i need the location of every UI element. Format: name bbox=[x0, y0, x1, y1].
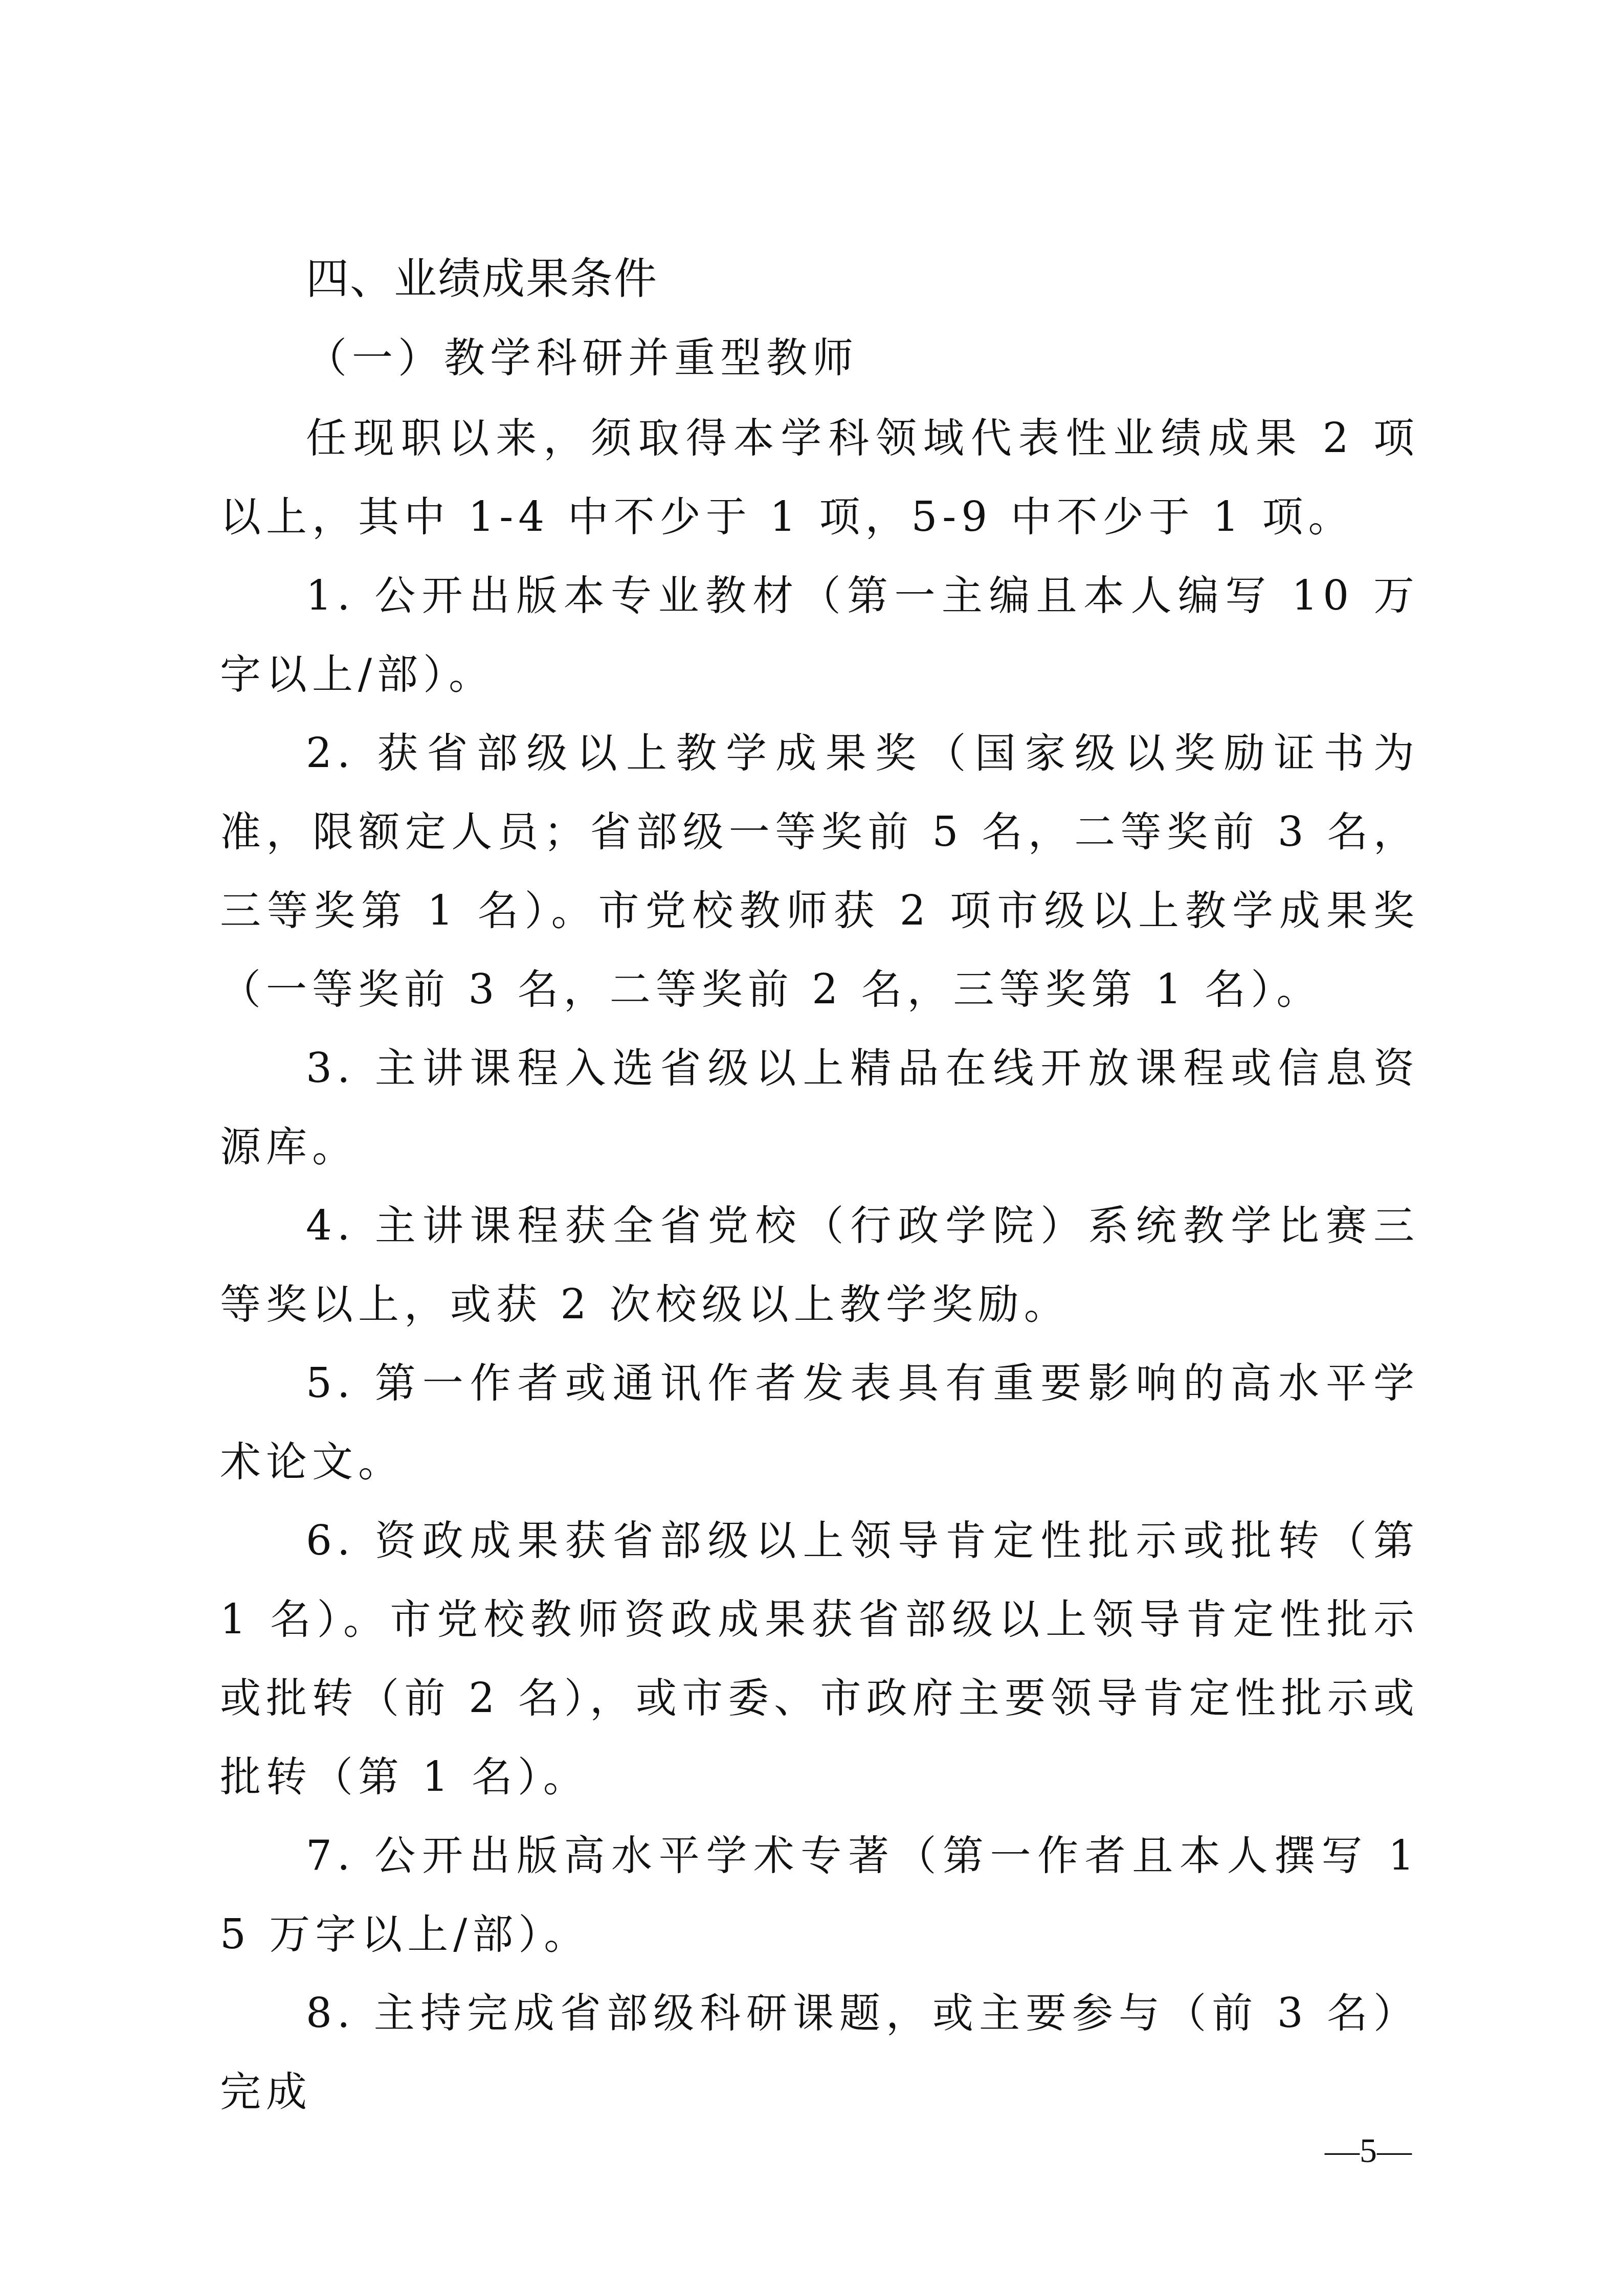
list-item-4: 4. 主讲课程获全省党校（行政学院）系统教学比赛三等奖以上，或获 2 次校级以上… bbox=[220, 1186, 1419, 1344]
list-item-2: 2. 获省部级以上教学成果奖（国家级以奖励证书为准，限额定人员；省部级一等奖前 … bbox=[220, 714, 1419, 1029]
list-item-3: 3. 主讲课程入选省级以上精品在线开放课程或信息资源库。 bbox=[220, 1029, 1419, 1186]
page-number: —5— bbox=[1325, 2127, 1412, 2173]
list-item-7: 7. 公开出版高水平学术专著（第一作者且本人撰写 15 万字以上/部）。 bbox=[220, 1816, 1419, 1974]
list-item-5: 5. 第一作者或通讯作者发表具有重要影响的高水平学术论文。 bbox=[220, 1344, 1419, 1501]
subsection-heading: （一）教学科研并重型教师 bbox=[220, 317, 1419, 399]
section-heading: 四、业绩成果条件 bbox=[220, 240, 1419, 317]
intro-paragraph: 任现职以来，须取得本学科领域代表性业绩成果 2 项以上，其中 1-4 中不少于 … bbox=[220, 399, 1419, 556]
document-page: 四、业绩成果条件 （一）教学科研并重型教师 任现职以来，须取得本学科领域代表性业… bbox=[220, 240, 1419, 2131]
list-item-1: 1. 公开出版本专业教材（第一主编且本人编写 10 万字以上/部）。 bbox=[220, 556, 1419, 714]
list-item-6: 6. 资政成果获省部级以上领导肯定性批示或批转（第 1 名）。市党校教师资政成果… bbox=[220, 1501, 1419, 1816]
list-item-8: 8. 主持完成省部级科研课题，或主要参与（前 3 名）完成 bbox=[220, 1974, 1419, 2131]
